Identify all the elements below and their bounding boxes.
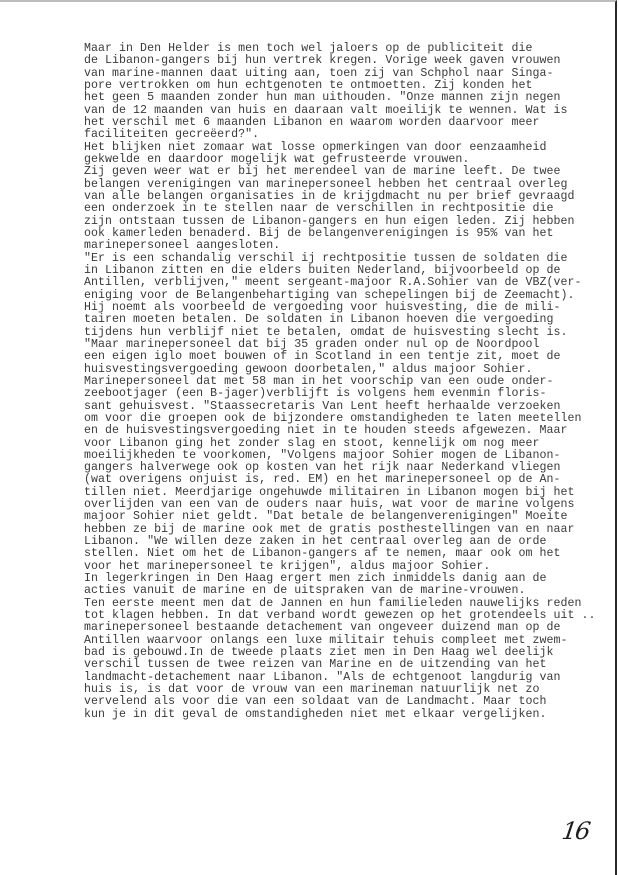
text-line: sant gehuisvest. "Staassecretaris Van Le…	[84, 401, 596, 413]
text-line: voor Libanon ging het zonder slag en sto…	[84, 438, 596, 450]
text-line: stellen. Niet om het de Libanon-gangers …	[84, 548, 596, 560]
text-line: tairen moeten betalen. De soldaten in Li…	[84, 314, 596, 326]
text-line: majoor Sohier niet geldt. "Dat betale de…	[84, 511, 596, 523]
handwritten-page-number: 16	[560, 817, 590, 845]
text-line: de Libanon-gangers bij hun vertrek krege…	[84, 55, 596, 67]
text-line: faciliteiten gecreëerd?".	[84, 129, 596, 141]
text-line: acties vanuit de marine en de uitspraken…	[84, 585, 596, 597]
text-line: zeebootjager (een B-jager)verblijft is v…	[84, 388, 596, 400]
text-line: (wat overigens onjuist is, red. EM) en h…	[84, 474, 596, 486]
typewritten-body: Maar in Den Helder is men toch wel jaloe…	[84, 43, 596, 721]
text-line: vervelend als voor die van een soldaat v…	[84, 696, 596, 708]
text-line: Zij geven weer wat er bij het merendeel …	[84, 166, 596, 178]
text-line: verschil tussen de twee reizen van Marin…	[84, 659, 596, 671]
text-line: marinepersoneel aangesloten.	[84, 240, 596, 252]
text-line: marinepersoneel bestaande detachement va…	[84, 622, 596, 634]
text-line: huisvestingsvergoeding gewoon doorbetale…	[84, 364, 596, 376]
text-line: en de huisvestingsvergoeding niet in te …	[84, 425, 596, 437]
text-line: Antillen, verblijven," meent sergeant-ma…	[84, 277, 596, 289]
text-line: het geen 5 maanden zonder hun man uithou…	[84, 92, 596, 104]
text-line: een eigen iglo moet bouwen of in Scotlan…	[84, 351, 596, 363]
scanned-page: Maar in Den Helder is men toch wel jaloe…	[0, 0, 617, 875]
text-line: kun je in dit geval de omstandigheden ni…	[84, 709, 596, 721]
text-line: een onderzoek in te stellen naar de vers…	[84, 203, 596, 215]
